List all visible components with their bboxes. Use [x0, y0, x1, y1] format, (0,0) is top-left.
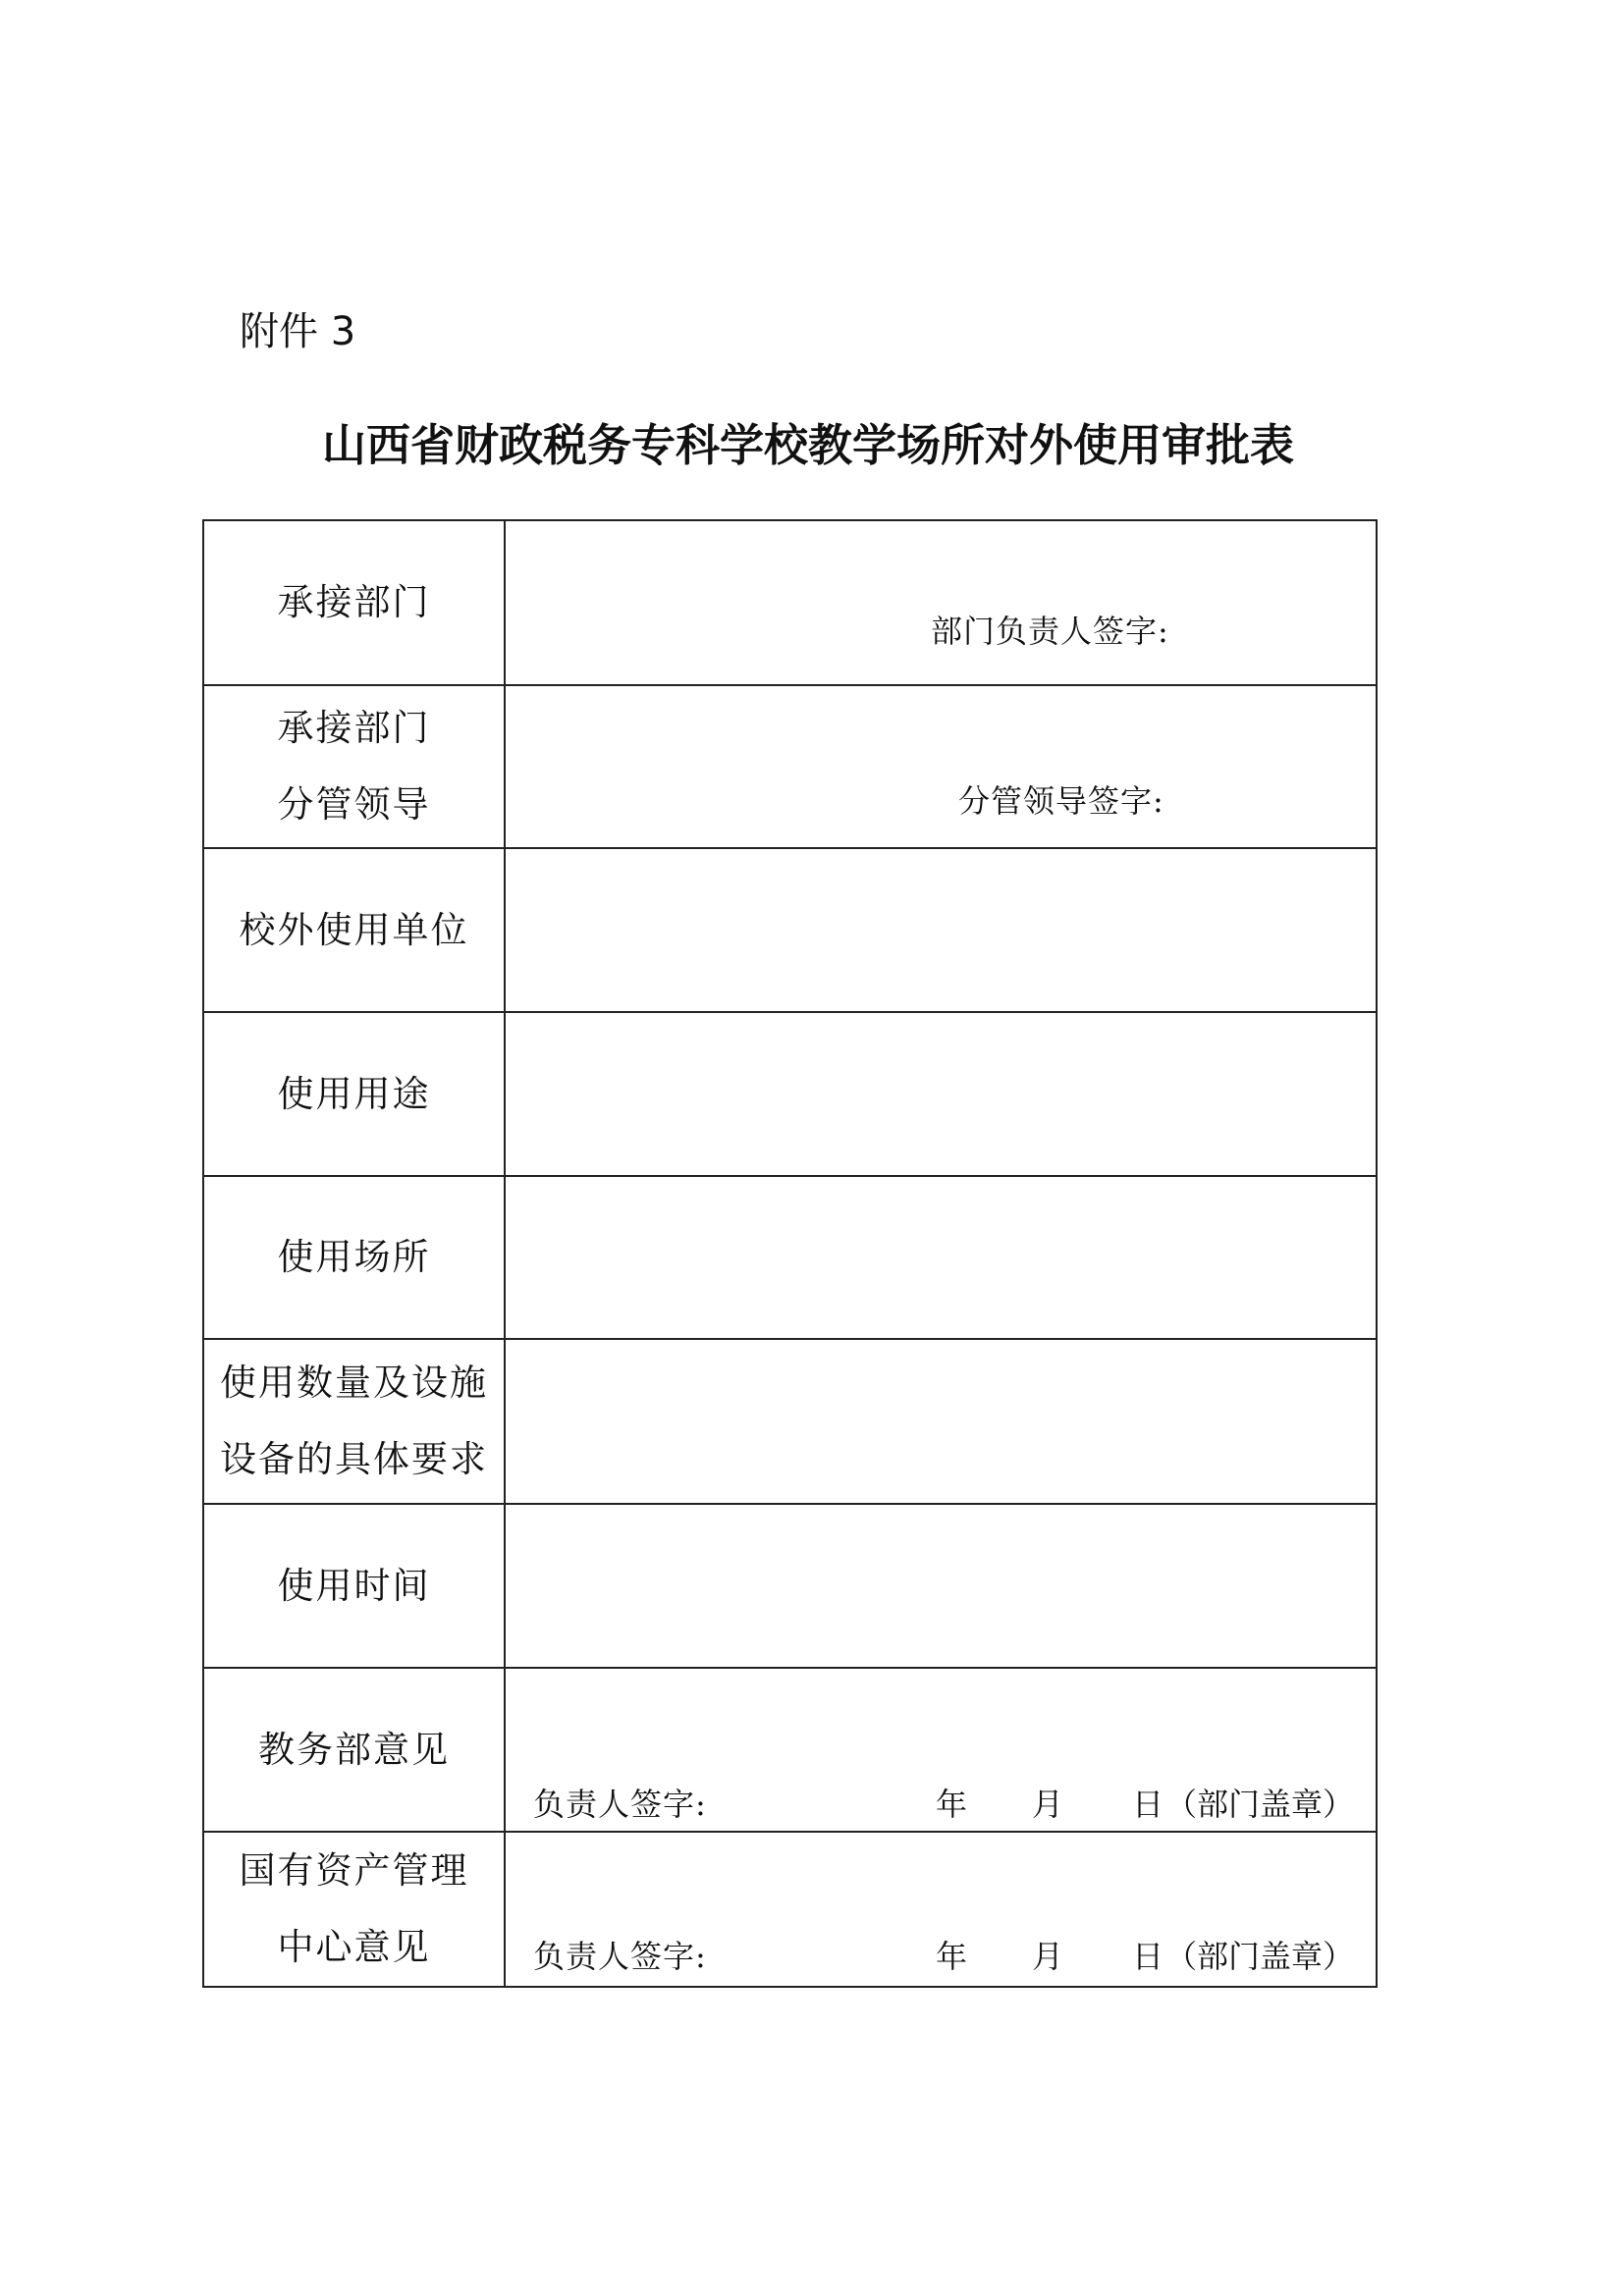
venue-field[interactable] — [505, 1176, 1377, 1339]
form-row-external-unit: 校外使用单位 — [203, 848, 1377, 1012]
department-stamp-label: （部门盖章） — [1165, 1787, 1354, 1822]
page-title: 山西省财政税务专科学校教学场所对外使用审批表 — [202, 416, 1414, 475]
date-month-label: 月 — [1032, 1939, 1063, 1974]
date-year-label: 年 — [936, 1939, 967, 1974]
field-label-line: 承接部门 — [204, 564, 504, 641]
field-label: 使用数量及设施 设备的具体要求 — [203, 1339, 505, 1504]
form-row-quantity-requirements: 使用数量及设施 设备的具体要求 — [203, 1339, 1377, 1504]
attachment-label: 附件 3 — [240, 308, 355, 355]
field-label-line: 使用时间 — [204, 1548, 504, 1625]
field-label-line: 使用场所 — [204, 1219, 504, 1296]
field-label-line: 中心意见 — [204, 1909, 504, 1986]
form-row-purpose: 使用用途 — [203, 1012, 1377, 1176]
field-label-line: 使用数量及设施 — [204, 1345, 504, 1421]
date-month-label: 月 — [1032, 1787, 1063, 1822]
field-label: 承接部门 分管领导 — [203, 685, 505, 848]
host-department-field[interactable]: 部门负责人签字: — [505, 520, 1377, 685]
external-unit-field[interactable] — [505, 848, 1377, 1012]
form-row-host-department: 承接部门 部门负责人签字: — [203, 520, 1377, 685]
field-label-line: 教务部意见 — [204, 1712, 504, 1789]
date-day-label: 日 — [1132, 1939, 1164, 1974]
field-label: 承接部门 — [203, 520, 505, 685]
date-year-label: 年 — [936, 1787, 967, 1822]
field-label: 校外使用单位 — [203, 848, 505, 1012]
field-label-line: 国有资产管理 — [204, 1833, 504, 1909]
usage-time-field[interactable] — [505, 1504, 1377, 1668]
state-assets-opinion-field[interactable]: 负责人签字: 年 月 日 （部门盖章） — [505, 1832, 1377, 1987]
signature-label: 负责人签字: — [533, 1939, 707, 1974]
field-label-line: 校外使用单位 — [204, 892, 504, 969]
date-day-label: 日 — [1132, 1787, 1164, 1822]
approval-form-table: 承接部门 部门负责人签字: 承接部门 分管领导 分管领导签字: 校外使用单位 使… — [202, 519, 1378, 1988]
field-label-line: 设备的具体要求 — [204, 1421, 504, 1498]
field-label: 使用场所 — [203, 1176, 505, 1339]
quantity-requirements-field[interactable] — [505, 1339, 1377, 1504]
field-label: 国有资产管理 中心意见 — [203, 1832, 505, 1987]
supervising-leader-field[interactable]: 分管领导签字: — [505, 685, 1377, 848]
form-row-academic-affairs-opinion: 教务部意见 负责人签字: 年 月 日 （部门盖章） — [203, 1668, 1377, 1832]
form-row-supervising-leader: 承接部门 分管领导 分管领导签字: — [203, 685, 1377, 848]
form-row-state-assets-opinion: 国有资产管理 中心意见 负责人签字: 年 月 日 （部门盖章） — [203, 1832, 1377, 1987]
academic-affairs-opinion-field[interactable]: 负责人签字: 年 月 日 （部门盖章） — [505, 1668, 1377, 1832]
form-row-venue: 使用场所 — [203, 1176, 1377, 1339]
field-label: 教务部意见 — [203, 1668, 505, 1832]
purpose-field[interactable] — [505, 1012, 1377, 1176]
form-row-usage-time: 使用时间 — [203, 1504, 1377, 1668]
field-label-line: 使用用途 — [204, 1056, 504, 1133]
signature-label: 部门负责人签字: — [931, 614, 1169, 649]
department-stamp-label: （部门盖章） — [1165, 1939, 1354, 1974]
field-label: 使用用途 — [203, 1012, 505, 1176]
field-label-line: 承接部门 — [204, 690, 504, 767]
field-label: 使用时间 — [203, 1504, 505, 1668]
signature-label: 分管领导签字: — [958, 783, 1164, 819]
signature-label: 负责人签字: — [533, 1787, 707, 1822]
field-label-line: 分管领导 — [204, 767, 504, 843]
